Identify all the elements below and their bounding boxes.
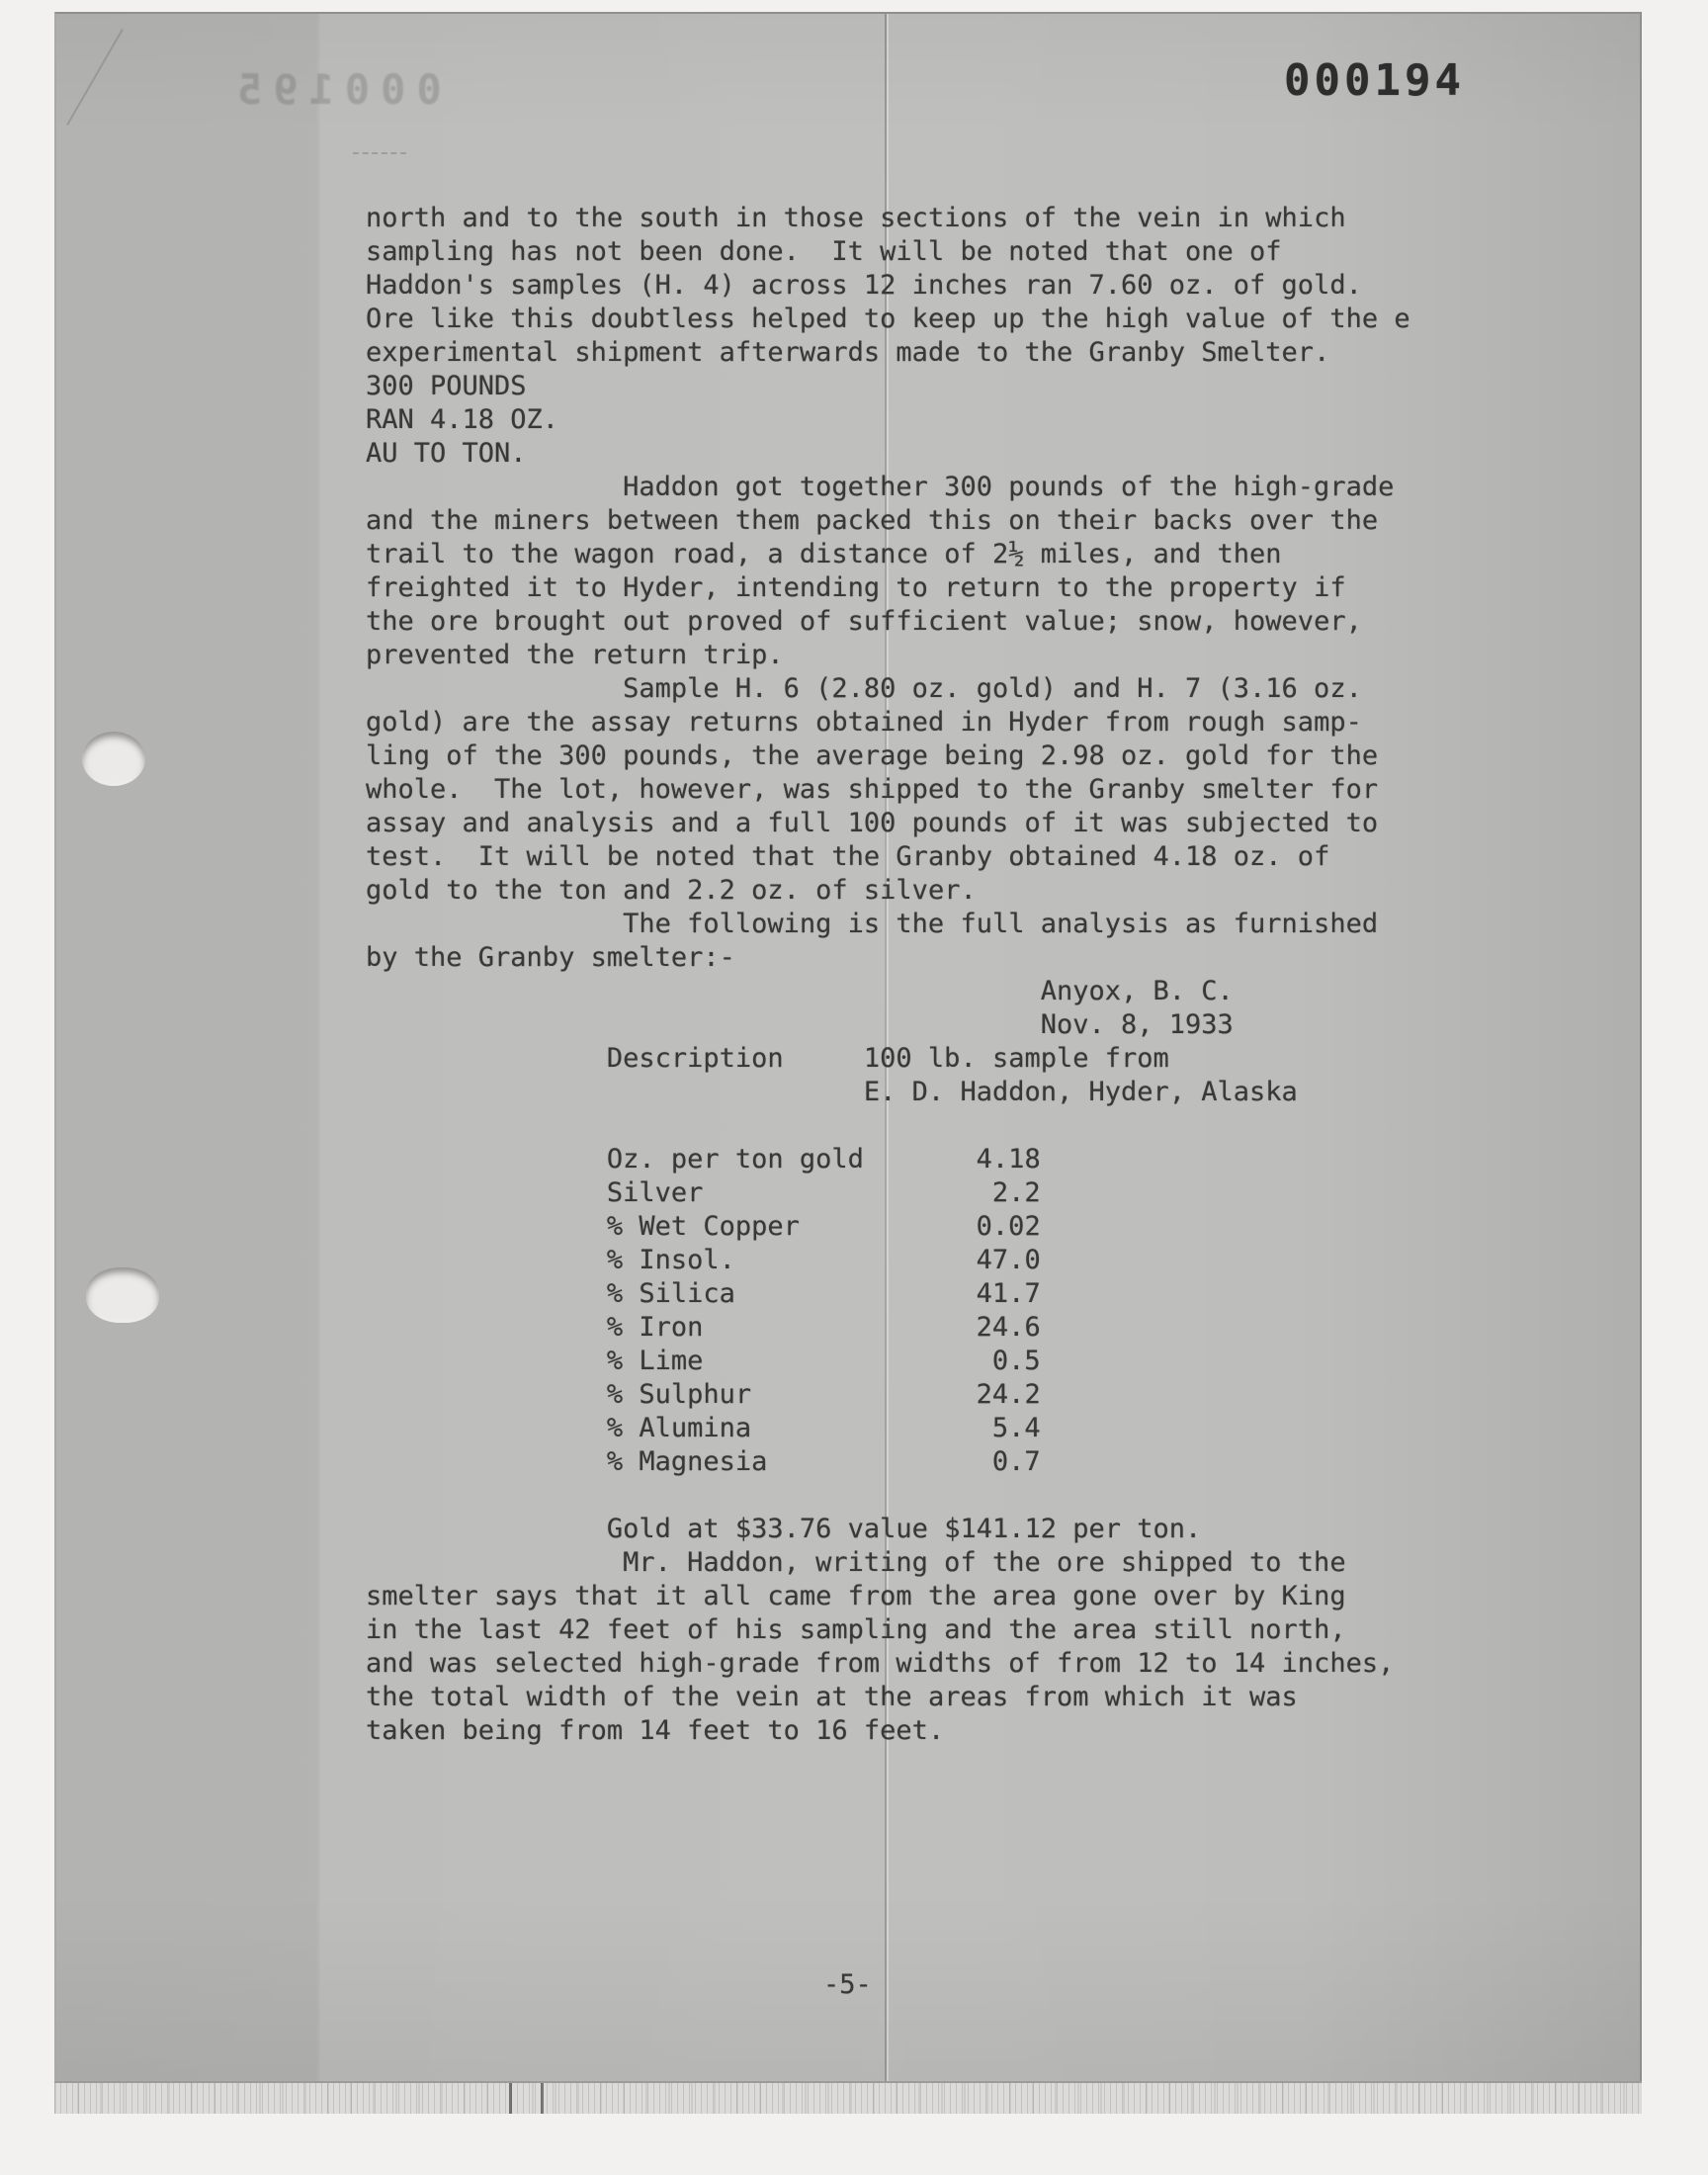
analysis-label: % Sulphur [607, 1378, 961, 1412]
smelter-letter-heading: Anyox, B. C. Nov. 8, 1933 Description100… [366, 975, 1493, 1109]
analysis-row: Oz. per ton gold4.18 [607, 1143, 1493, 1176]
paragraph-1: north and to the south in those sections… [366, 202, 1493, 370]
punch-hole-top [82, 732, 145, 786]
analysis-label: % Insol. [607, 1244, 961, 1277]
gold-value-line: Gold at $33.76 value $141.12 per ton. [607, 1513, 1493, 1546]
analysis-row: % Lime0.5 [607, 1345, 1493, 1378]
analysis-value: 41.7 [960, 1277, 1040, 1311]
analysis-label: % Wet Copper [607, 1210, 961, 1244]
letter-place-line: Anyox, B. C. [366, 975, 1493, 1008]
analysis-label: % Magnesia [607, 1445, 961, 1479]
pencil-mark [66, 29, 124, 126]
analysis-value: 47.0 [960, 1244, 1040, 1277]
analysis-label: % Lime [607, 1345, 961, 1378]
paragraph-3: Sample H. 6 (2.80 oz. gold) and H. 7 (3.… [366, 672, 1493, 908]
analysis-table: Oz. per ton gold4.18 Silver2.2 % Wet Cop… [366, 1143, 1493, 1479]
analysis-row: % Magnesia0.7 [607, 1445, 1493, 1479]
sidehead-300-pounds: 300 POUNDS RAN 4.18 OZ. AU TO TON. [366, 370, 1493, 471]
description-label: Description [607, 1042, 864, 1076]
paragraph-4-intro: The following is the full analysis as fu… [366, 908, 1493, 975]
analysis-row: % Silica41.7 [607, 1277, 1493, 1311]
analysis-row: % Wet Copper0.02 [607, 1210, 1493, 1244]
analysis-row: % Sulphur24.2 [607, 1378, 1493, 1412]
punch-hole-bottom [86, 1267, 159, 1323]
analysis-label: Oz. per ton gold [607, 1143, 961, 1176]
scan-edge-band [54, 2081, 1642, 2114]
edge-streak [509, 2083, 512, 2114]
letter-place: Anyox, B. C. [1041, 976, 1234, 1006]
analysis-label: % Alumina [607, 1412, 961, 1445]
analysis-value: 0.02 [960, 1210, 1040, 1244]
analysis-value: 24.2 [960, 1378, 1040, 1412]
paragraph-5: Mr. Haddon, writing of the ore shipped t… [366, 1546, 1493, 1748]
faint-dash-mark [353, 152, 406, 154]
analysis-row: % Insol.47.0 [607, 1244, 1493, 1277]
page-number: -5- [823, 1969, 872, 2000]
analysis-row: Silver2.2 [607, 1176, 1493, 1210]
letter-date: Nov. 8, 1933 [1041, 1009, 1234, 1040]
description-line: Description100 lb. sample from [366, 1042, 1493, 1076]
analysis-label: % Silica [607, 1277, 961, 1311]
analysis-row: % Alumina5.4 [607, 1412, 1493, 1445]
analysis-value: 0.7 [960, 1445, 1040, 1479]
analysis-value: 4.18 [960, 1143, 1040, 1176]
paragraph-2: Haddon got together 300 pounds of the hi… [366, 471, 1493, 672]
analysis-value: 2.2 [960, 1176, 1040, 1210]
edge-streak [541, 2083, 544, 2114]
analysis-label: Silver [607, 1176, 961, 1210]
analysis-value: 24.6 [960, 1311, 1040, 1345]
description-line-2: E. D. Haddon, Hyder, Alaska [366, 1076, 1493, 1109]
analysis-value: 0.5 [960, 1345, 1040, 1378]
typewritten-text-column: north and to the south in those sections… [366, 202, 1493, 1748]
page-stamp-number: 000194 [1284, 55, 1465, 106]
letter-date-line: Nov. 8, 1933 [366, 1008, 1493, 1042]
description-value-2: E. D. Haddon, Hyder, Alaska [864, 1077, 1298, 1107]
description-value: 100 lb. sample from [864, 1043, 1169, 1074]
analysis-label: % Iron [607, 1311, 961, 1345]
analysis-row: % Iron24.6 [607, 1311, 1493, 1345]
bleedthrough-stamp-number: 000195 [226, 65, 442, 114]
paper-sheet: 000195 000194 north and to the south in … [54, 12, 1642, 2081]
analysis-value: 5.4 [960, 1412, 1040, 1445]
